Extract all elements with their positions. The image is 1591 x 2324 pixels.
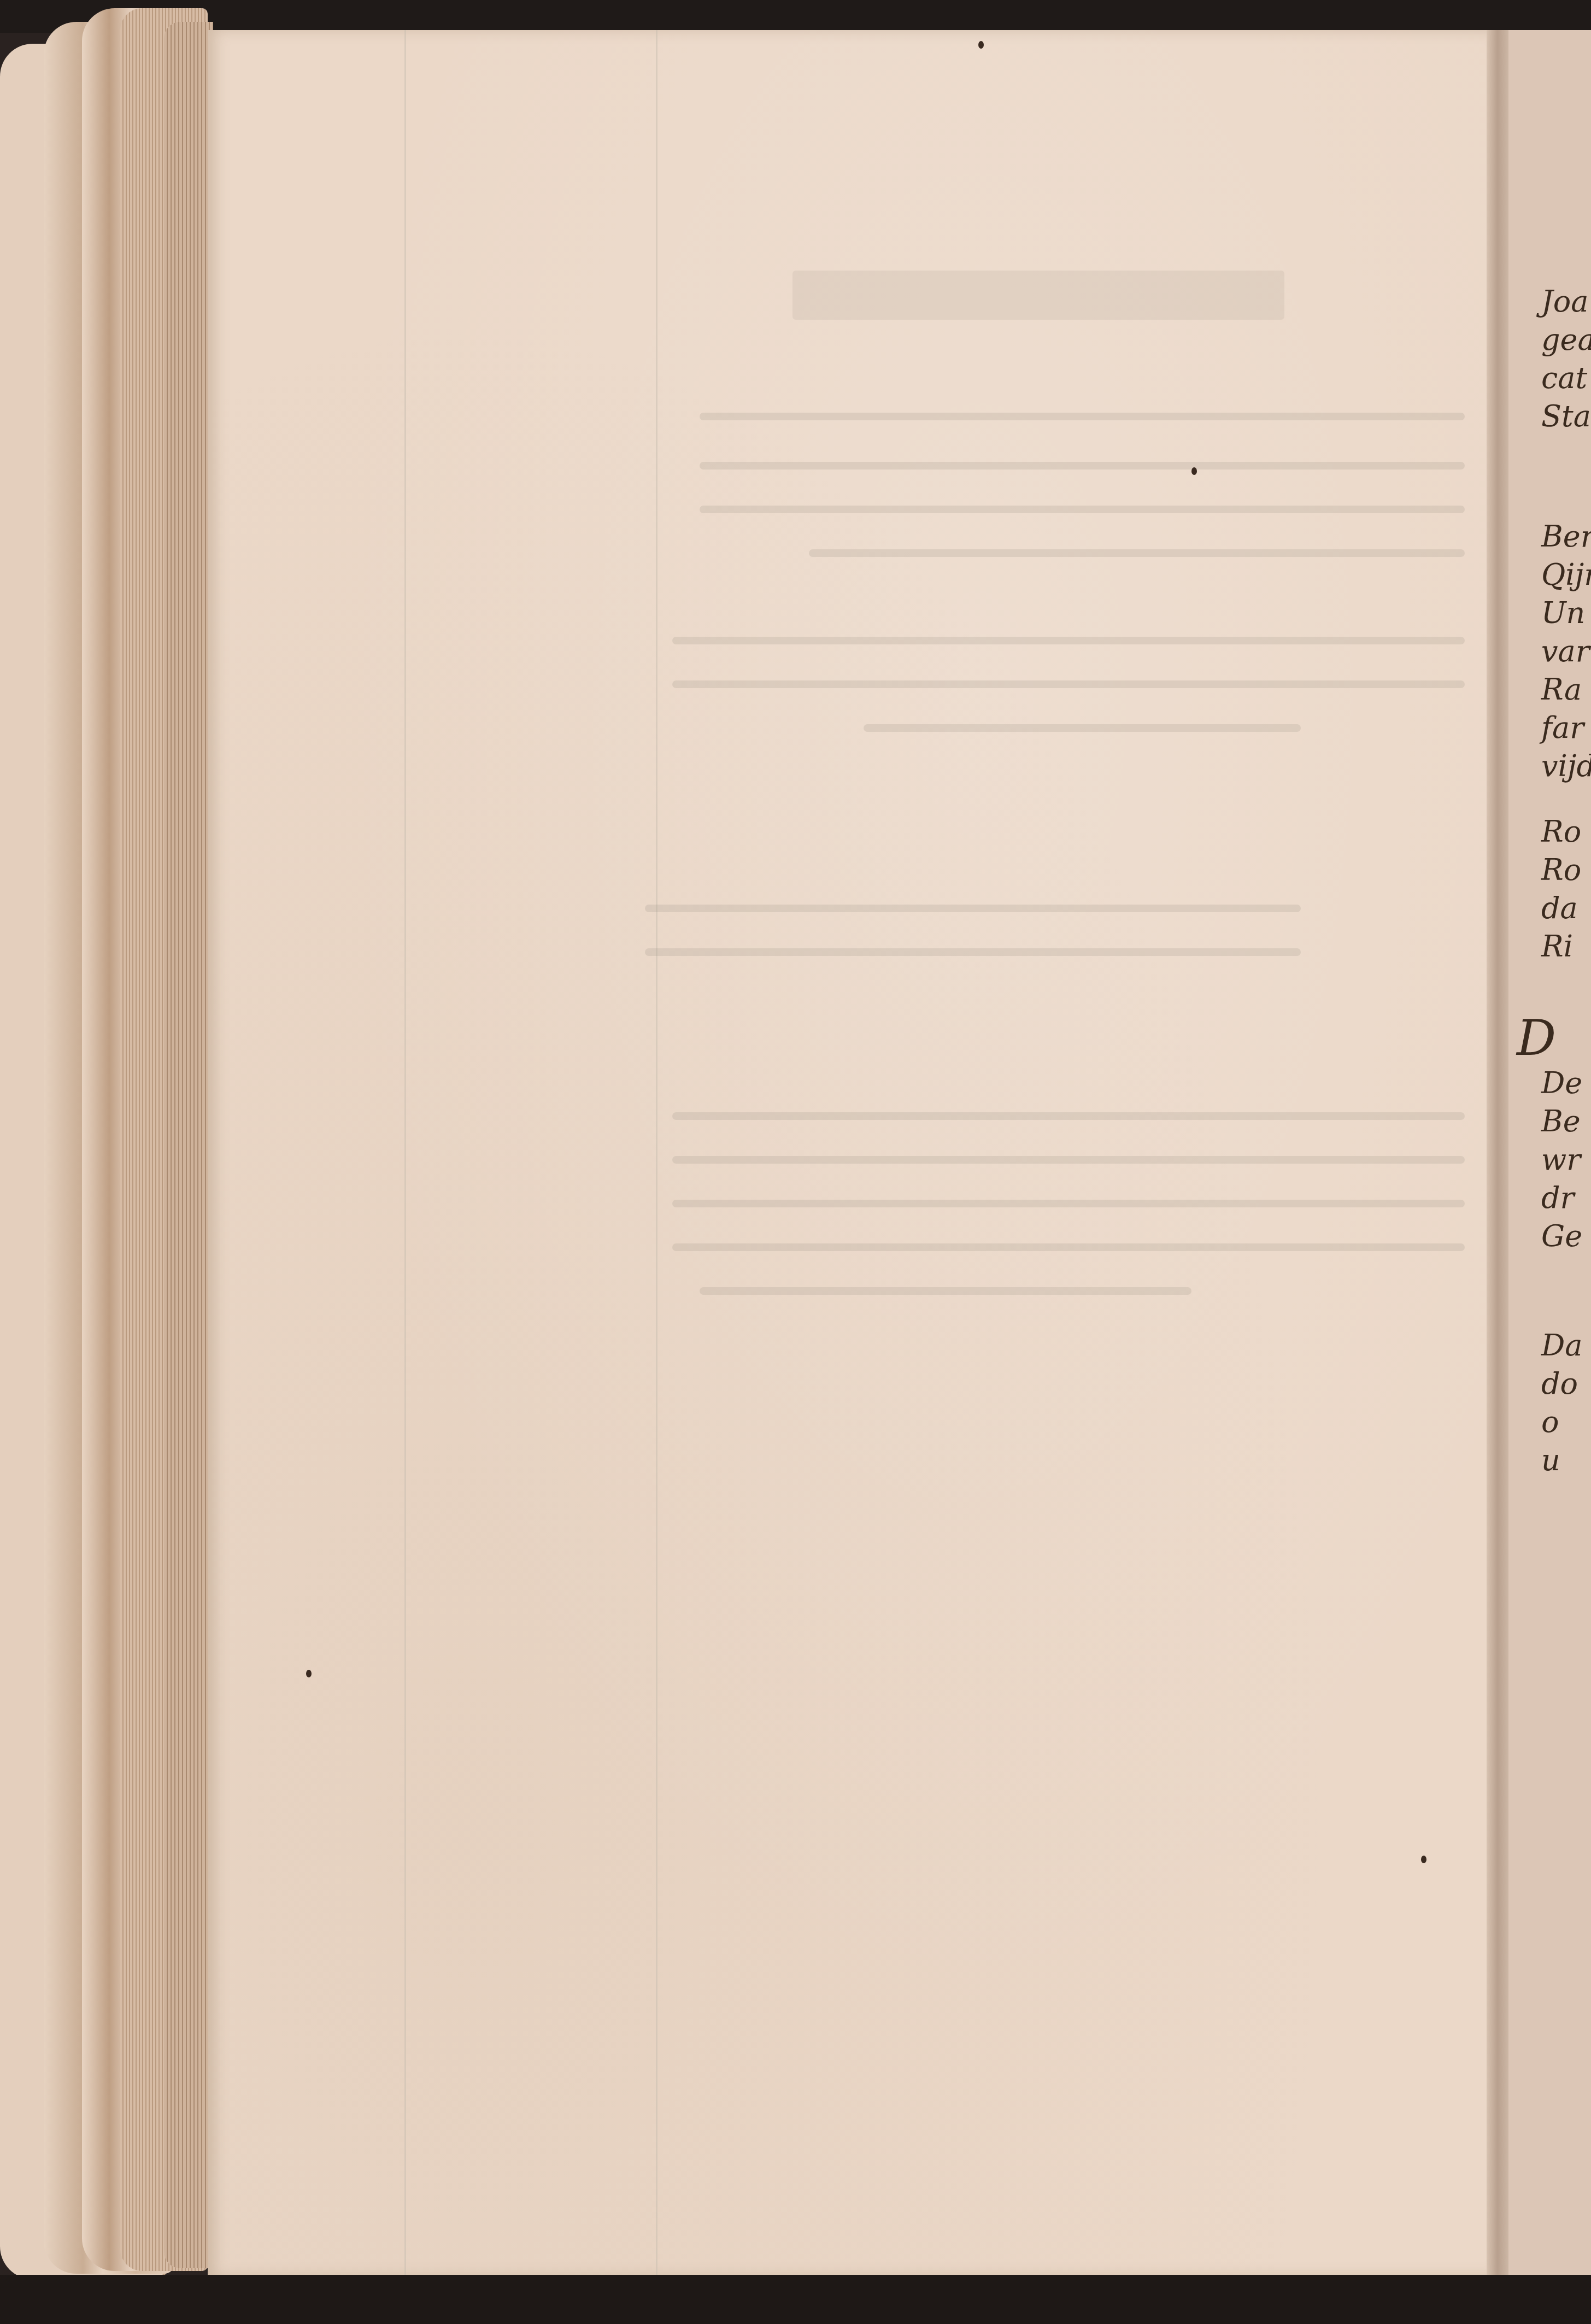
handwritten-line: far <box>1541 713 1584 743</box>
ink-speck <box>306 1670 312 1677</box>
handwritten-line: o <box>1541 1407 1559 1437</box>
bleed-through-line <box>672 680 1465 688</box>
handwritten-line: Ber <box>1541 522 1591 551</box>
bleed-through-line <box>672 1156 1465 1164</box>
handwritten-line: Joa <box>1541 287 1588 316</box>
page-stack-edge <box>164 22 213 2268</box>
handwritten-line: dr <box>1541 1183 1574 1213</box>
handwritten-line: Stad <box>1541 402 1591 431</box>
ink-speck <box>1191 467 1197 475</box>
handwritten-line: wr <box>1541 1145 1581 1175</box>
handwritten-line: Un <box>1541 598 1585 628</box>
handwritten-line: Ro <box>1541 855 1581 885</box>
handwritten-line: gea <box>1541 325 1591 355</box>
bleed-through-line <box>672 637 1465 644</box>
dark-background-top <box>0 0 1591 33</box>
handwritten-line: Ra <box>1541 675 1582 705</box>
handwritten-line: vijd <box>1541 752 1591 781</box>
ink-speck <box>1421 1856 1426 1863</box>
bleed-through-heading <box>792 271 1284 320</box>
bleed-through-line <box>700 506 1465 513</box>
handwritten-line: Ri <box>1541 932 1573 961</box>
bleed-through-line <box>864 724 1301 732</box>
ruling-line <box>656 30 657 2276</box>
handwritten-line: Da <box>1541 1331 1583 1360</box>
bleed-through-line <box>645 905 1301 912</box>
handwritten-line: u <box>1541 1446 1560 1475</box>
handwritten-line: var <box>1541 637 1590 666</box>
handwritten-line: De <box>1541 1069 1582 1098</box>
book-gutter <box>1487 30 1508 2276</box>
handwritten-line: da <box>1541 894 1578 923</box>
handwritten-line: Ge <box>1541 1222 1582 1251</box>
bleed-through-line <box>672 1112 1465 1120</box>
bleed-through-line <box>809 549 1465 557</box>
bleed-through-line <box>672 1243 1465 1251</box>
handwritten-line: cat <box>1541 363 1587 393</box>
handwritten-line: Ro <box>1541 817 1581 847</box>
handwritten-line: Be <box>1541 1107 1581 1136</box>
decorated-initial: D <box>1517 1014 1556 1063</box>
dark-background-bottom <box>0 2275 1591 2324</box>
bleed-through-line <box>700 462 1465 470</box>
bleed-through-line <box>700 413 1465 420</box>
ruling-line <box>404 30 406 2276</box>
blank-verso-page: blank verso with faint ink bleed-through <box>208 30 1492 2276</box>
ink-speck <box>978 41 984 49</box>
bleed-through-line <box>700 1287 1191 1295</box>
handwritten-line: Qijn <box>1541 560 1591 590</box>
bleed-through-line <box>672 1200 1465 1207</box>
handwritten-line: do <box>1541 1369 1578 1399</box>
facing-recto-page: edge of facing recto with handwritten li… <box>1508 30 1591 2276</box>
bleed-through-line <box>645 948 1301 956</box>
